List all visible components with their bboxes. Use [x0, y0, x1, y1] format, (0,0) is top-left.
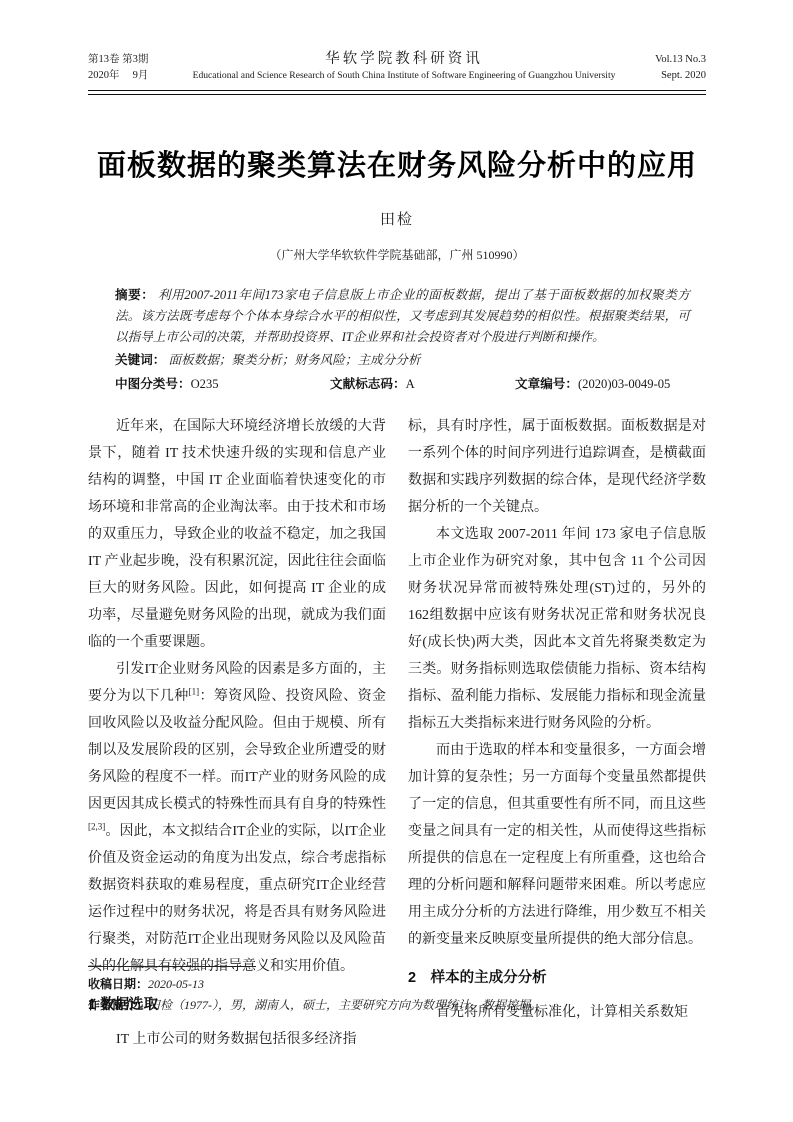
keywords-text: 面板数据；聚类分析；财务风险；主成分分析 [169, 353, 421, 367]
citation-2-3: [2,3] [88, 821, 105, 831]
paragraph-sample-selection: 本文选取 2007-2011 年间 173 家电子信息版上市企业作为研究对象，其… [408, 521, 706, 737]
article-no-label: 文章编号： [515, 377, 578, 391]
received-date-label: 收稿日期： [88, 977, 148, 991]
journal-name-block: 华软学院教科研资讯 Educational and Science Resear… [180, 50, 628, 84]
issue-date-en: Sept. 2020 [628, 68, 706, 84]
journal-name-en: Educational and Science Research of Sout… [180, 68, 628, 84]
abstract-text: 利用2007-2011年间173家电子信息版上市企业的面板数据，提出了基于面板数… [115, 288, 690, 344]
keywords-label: 关键词： [115, 353, 165, 367]
journal-name-cn: 华软学院教科研资讯 [180, 50, 628, 68]
issue-volume-cn: 第13卷 第3期 [88, 52, 180, 68]
issue-volume-en: Vol.13 No.3 [628, 52, 706, 68]
body-columns: 近年来，在国际大环境经济增长放缓的大背景下，随着 IT 技术快速升级的实现和信息… [88, 413, 706, 1053]
received-date-line: 收稿日期：2020-05-13 [88, 974, 706, 995]
article-author: 田检 [88, 208, 706, 229]
clc-value: O235 [191, 377, 219, 391]
paragraph-pca-motivation: 而由于选取的样本和变量很多，一方面会增加计算的复杂性；另一方面每个变量虽然都提供… [408, 737, 706, 953]
paragraph-panel-data: 标，具有时序性，属于面板数据。面板数据是对一系列个体的时间序列进行追踪调查，是横… [408, 413, 706, 521]
author-bio-value: 田检（1977-），男，湖南人，硕士，主要研究方向为数理统计，数据挖掘。 [148, 998, 542, 1012]
citation-1: [1] [189, 686, 200, 696]
classification-row: 中图分类号：O235 文献标志码：A 文章编号：(2020)03-0049-05 [115, 374, 690, 395]
p2-text-mid: ：筹资风险、投资风险、资金回收风险以及收益分配风险。但由于规模、所有制以及发展阶… [88, 689, 386, 812]
received-date-value: 2020-05-13 [148, 977, 204, 991]
clc-item: 中图分类号：O235 [115, 374, 330, 395]
left-column: 近年来，在国际大环境经济增长放缓的大背景下，随着 IT 技术快速升级的实现和信息… [88, 413, 386, 1053]
page-content: 第13卷 第3期 2020年 9月 华软学院教科研资讯 Educational … [88, 0, 706, 1053]
article-affiliation: （广州大学华软软件学院基础部，广州 510990） [88, 246, 706, 263]
header-double-rule [88, 90, 706, 95]
p2-text-post: 。因此，本文拟结合IT企业的实际，以IT企业价值及资金运动的角度为出发点，综合考… [88, 824, 386, 974]
author-bio-line: 作者简介：田检（1977-），男，湖南人，硕士，主要研究方向为数理统计，数据挖掘… [88, 995, 706, 1016]
abstract-block: 摘要： 利用2007-2011年间173家电子信息版上市企业的面板数据，提出了基… [115, 285, 690, 348]
keywords-line: 关键词： 面板数据；聚类分析；财务风险；主成分分析 [115, 350, 690, 371]
right-column: 标，具有时序性，属于面板数据。面板数据是对一系列个体的时间序列进行追踪调查，是横… [408, 413, 706, 1053]
author-bio-label: 作者简介： [88, 998, 148, 1012]
article-no-value: (2020)03-0049-05 [578, 377, 670, 391]
article-no-item: 文章编号：(2020)03-0049-05 [515, 374, 690, 395]
paragraph-data-selection: IT 上市公司的财务数据包括很多经济指 [88, 1026, 386, 1053]
footnote-block: 收稿日期：2020-05-13 作者简介：田检（1977-），男，湖南人，硕士，… [88, 966, 706, 1016]
issue-date-cn: 2020年 9月 [88, 68, 180, 84]
issue-info-en: Vol.13 No.3 Sept. 2020 [628, 52, 706, 84]
journal-header: 第13卷 第3期 2020年 9月 华软学院教科研资讯 Educational … [88, 50, 706, 84]
doc-code-value: A [406, 377, 415, 391]
article-title: 面板数据的聚类算法在财务风险分析中的应用 [88, 143, 706, 184]
paragraph-intro: 近年来，在国际大环境经济增长放缓的大背景下，随着 IT 技术快速升级的实现和信息… [88, 413, 386, 656]
journal-page: 第13卷 第3期 2020年 9月 华软学院教科研资讯 Educational … [0, 0, 793, 1122]
abstract-label: 摘要： [115, 288, 154, 302]
paragraph-risk-factors: 引发IT企业财务风险的因素是多方面的，主要分为以下几种[1]：筹资风险、投资风险… [88, 656, 386, 980]
clc-label: 中图分类号： [115, 377, 191, 391]
issue-info-cn: 第13卷 第3期 2020年 9月 [88, 52, 180, 84]
footnote-rule [88, 966, 256, 967]
doc-code-label: 文献标志码： [330, 377, 406, 391]
doc-code-item: 文献标志码：A [330, 374, 515, 395]
